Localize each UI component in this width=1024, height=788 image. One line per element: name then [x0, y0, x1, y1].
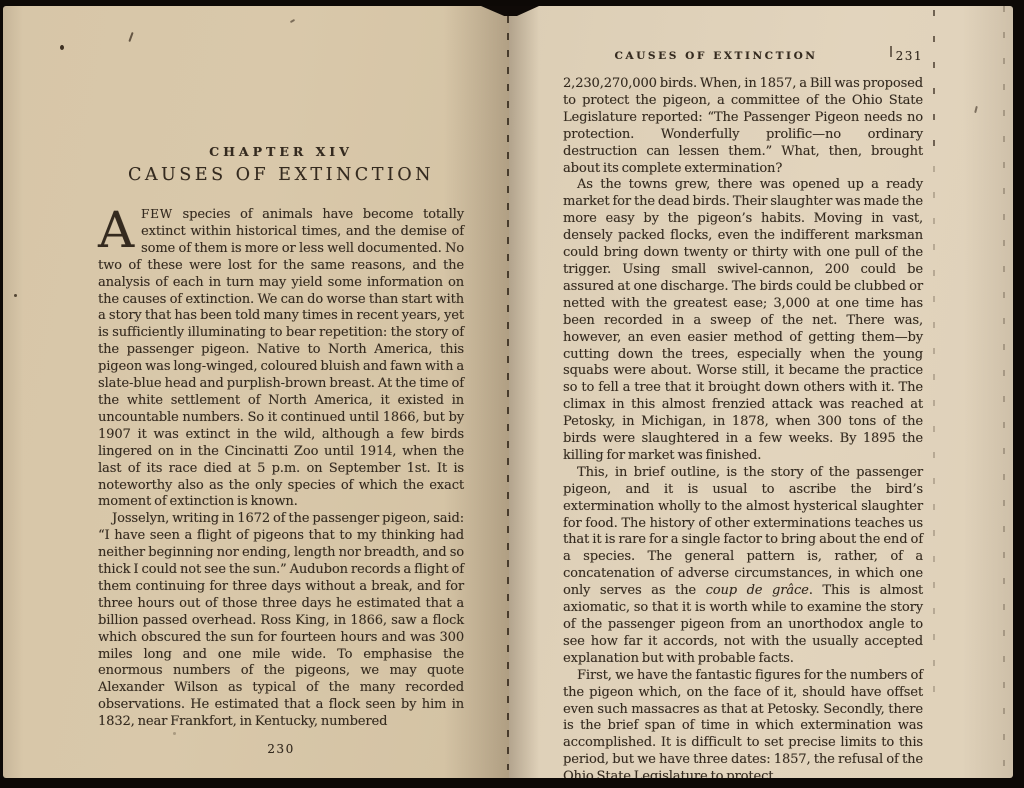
paragraph: First, we have the fantastic figures for…	[563, 668, 923, 778]
paragraph: 2,230,270,000 birds. When, in 1857, a Bi…	[563, 76, 923, 177]
left-page-body: AFEW species of animals have become tota…	[98, 206, 464, 758]
chapter-title: CAUSES OF EXTINCTION	[88, 165, 474, 185]
chapter-label: CHAPTER XIV	[98, 144, 464, 159]
paper-speck	[731, 381, 733, 383]
paper-speck	[14, 294, 17, 297]
book-photo-background: CHAPTER XIV CAUSES OF EXTINCTION AFEW sp…	[0, 0, 1024, 788]
book-spread: CHAPTER XIV CAUSES OF EXTINCTION AFEW sp…	[3, 6, 1013, 778]
paragraph-opening: AFEW species of animals have become tota…	[98, 206, 464, 511]
binding-gutter-stitching	[507, 16, 509, 770]
page-left: CHAPTER XIV CAUSES OF EXTINCTION AFEW sp…	[3, 6, 509, 778]
paragraph: Josselyn, writing in 1672 of the passeng…	[98, 511, 464, 731]
paragraph-text: This, in brief outline, is the story of …	[563, 465, 923, 598]
paper-speck	[60, 45, 64, 50]
page-number-right: 231	[763, 49, 923, 63]
page-number-left: 230	[98, 741, 464, 758]
drop-cap: A	[98, 206, 141, 255]
italic-phrase: coup de grâce	[706, 583, 809, 598]
paper-speck	[173, 732, 176, 735]
opening-small-caps: FEW	[141, 207, 173, 221]
paragraph: As the towns grew, there was opened up a…	[563, 177, 923, 464]
paragraph-text: species of animals have become totally e…	[98, 207, 464, 509]
paragraph: This, in brief outline, is the story of …	[563, 465, 923, 668]
right-page-body: 2,230,270,000 birds. When, in 1857, a Bi…	[563, 76, 923, 778]
page-right: CAUSES OF EXTINCTION 231 2,230,270,000 b…	[509, 6, 1013, 778]
